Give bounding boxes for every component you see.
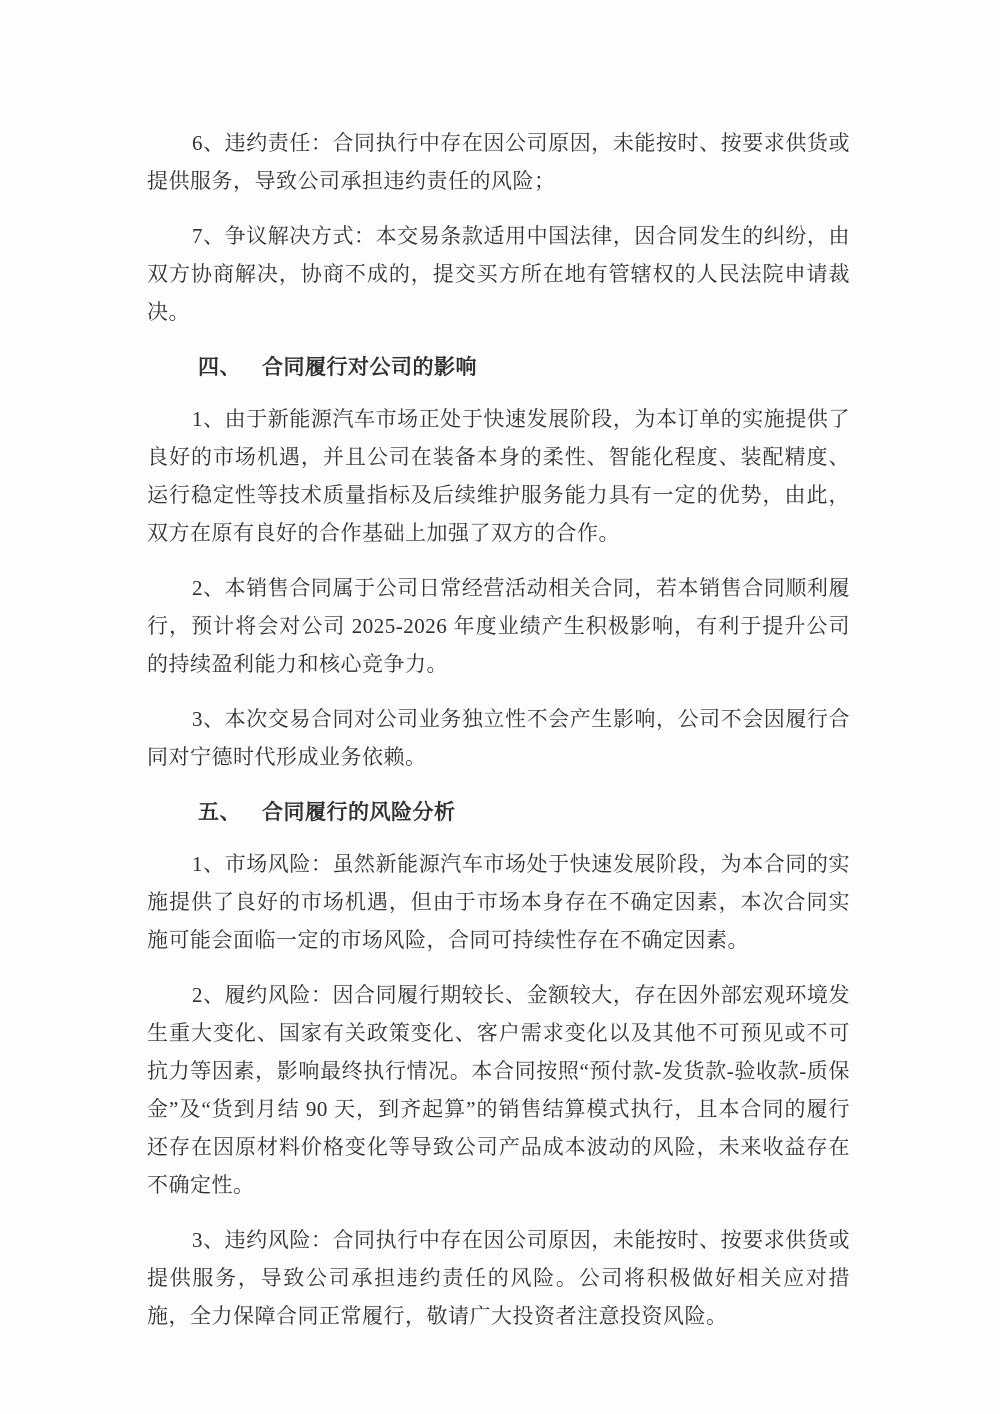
section-4-paragraph-3-business-independence: 3、本次交易合同对公司业务独立性不会产生影响，公司不会因履行合同对宁德时代形成业…	[147, 700, 850, 776]
section-4-heading: 四、合同履行对公司的影响	[147, 348, 850, 386]
section-4-paragraph-2-performance-impact: 2、本销售合同属于公司日常经营活动相关合同，若本销售合同顺利履行，预计将会对公司…	[147, 569, 850, 683]
section-4-number: 四、	[198, 355, 241, 379]
paragraph-6-breach-liability: 6、违约责任：合同执行中存在因公司原因，未能按时、按要求供货或提供服务，导致公司…	[147, 124, 850, 200]
section-5-heading: 五、合同履行的风险分析	[147, 793, 850, 831]
section-5-paragraph-3-breach-risk: 3、违约风险：合同执行中存在因公司原因，未能按时、按要求供货或提供服务，导致公司…	[147, 1221, 850, 1335]
section-5-paragraph-1-market-risk: 1、市场风险：虽然新能源汽车市场处于快速发展阶段，为本合同的实施提供了良好的市场…	[147, 845, 850, 959]
section-4-title: 合同履行对公司的影响	[262, 355, 477, 379]
section-5-title: 合同履行的风险分析	[262, 800, 456, 824]
section-4-paragraph-1-market-opportunity: 1、由于新能源汽车市场正处于快速发展阶段，为本订单的实施提供了良好的市场机遇，并…	[147, 400, 850, 552]
section-5-number: 五、	[198, 800, 241, 824]
paragraph-7-dispute-resolution: 7、争议解决方式：本交易条款适用中国法律，因合同发生的纠纷，由双方协商解决，协商…	[147, 217, 850, 331]
section-5-paragraph-2-performance-risk: 2、履约风险：因合同履行期较长、金额较大，存在因外部宏观环境发生重大变化、国家有…	[147, 976, 850, 1204]
document-page: 6、违约责任：合同执行中存在因公司原因，未能按时、按要求供货或提供服务，导致公司…	[0, 0, 1000, 1414]
document-content: 6、违约责任：合同执行中存在因公司原因，未能按时、按要求供货或提供服务，导致公司…	[0, 0, 1000, 1335]
